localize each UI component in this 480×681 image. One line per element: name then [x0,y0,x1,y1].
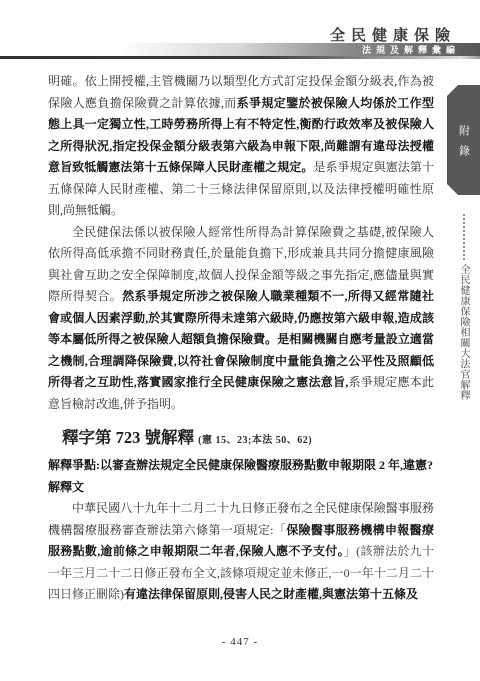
main-text: 明確。依上開授權,主管機關乃以類型化方式訂定投保金額分級表,作為被保險人應負擔保… [48,71,434,606]
dotted-separator [463,214,465,260]
interpretation-number: 釋字第 723 號解釋 [62,428,194,447]
header-gradient-bar: 法規及解釋彙編 [0,43,480,56]
dispute-line: 解釋爭點:以審查辦法規定全民健康保險醫療服務點數申報期限 2 年,違憲? [48,455,434,477]
appendix-tab-label: 附錄 [456,116,472,165]
interpretation-refs: (憲 15、23;本法 50、62) [198,435,312,446]
book-title: 全民健康保險 [330,24,456,45]
paragraph-3: 中華民國八十九年十二月二十九日修正發布之全民健康保險醫事服務機構醫療服務審查辦法… [48,498,434,606]
document-page: 全民健康保險 法規及解釋彙編 附錄 全民健康保險相關大法官解釋 明確。依上開授權… [0,0,480,681]
interpretation-heading: 釋字第 723 號解釋 (憲 15、23;本法 50、62) [62,425,434,454]
header-rule [0,56,480,59]
text-segment-bold: 然系爭規定所涉之被保險人職業種類不一,所得又經常隨社會或個人因素浮動,於其實際所… [48,289,434,389]
interpretation-text-label: 解釋文 [48,477,434,499]
appendix-tab: 附錄 [447,85,480,195]
paragraph-1: 明確。依上開授權,主管機關乃以類型化方式訂定投保金額分級表,作為被保險人應負擔保… [48,71,434,222]
section-side-label: 全民健康保險相關大法官解釋 [456,264,471,401]
page-number: - 447 - [0,636,480,648]
text-segment-bold: 有違法律保留原則,侵害人民之財產權,與憲法第十五條及 [124,587,418,601]
book-subtitle: 法規及解釋彙編 [362,43,460,56]
paragraph-2: 全民健保法係以被保險人經常性所得為計算保險費之基礎,被保險人依所得高低承擔不同財… [48,222,434,416]
